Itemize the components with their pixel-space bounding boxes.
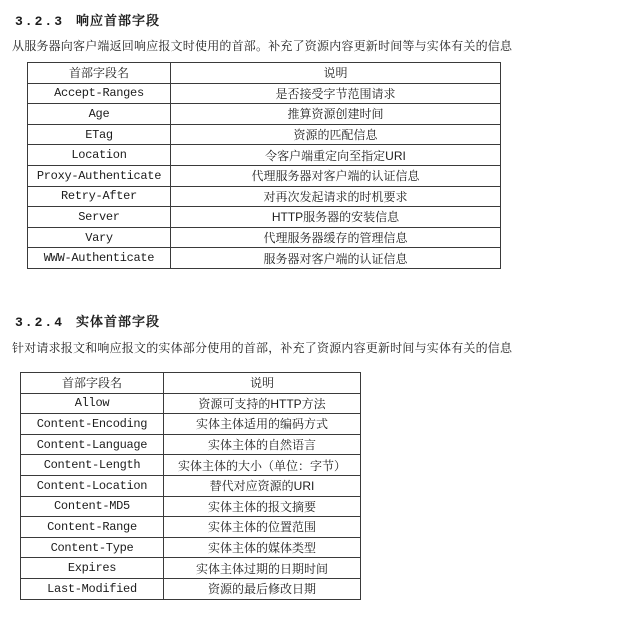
table-row: WWW-Authenticate服务器对客户端的认证信息 [28,248,501,269]
table-row: Content-Type实体主体的媒体类型 [21,537,361,558]
description-cell: 对再次发起请求的时机要求 [171,186,501,207]
field-name-cell: Content-Location [21,475,164,496]
field-name-cell: Proxy-Authenticate [28,165,171,186]
table-row: Content-Length实体主体的大小（单位：字节） [21,455,361,476]
entity-headers-table: 首部字段名说明Allow资源可支持的HTTP方法Content-Encoding… [20,372,361,600]
table-header-cell: 说明 [164,373,361,394]
field-name-cell: WWW-Authenticate [28,248,171,269]
field-name-cell: ETag [28,124,171,145]
table-row: Expires实体主体过期的日期时间 [21,558,361,579]
description-cell: 资源的匹配信息 [171,124,501,145]
description-cell: 资源可支持的HTTP方法 [164,393,361,414]
description-cell: 实体主体的自然语言 [164,434,361,455]
section-heading-response: 3.2.3响应首部字段 [15,10,160,29]
field-name-cell: Location [28,145,171,166]
description-cell: 实体主体的媒体类型 [164,537,361,558]
table-header-row: 首部字段名说明 [28,63,501,84]
table-row: Content-Encoding实体主体适用的编码方式 [21,414,361,435]
description-cell: 实体主体适用的编码方式 [164,414,361,435]
field-name-cell: Server [28,207,171,228]
field-name-cell: Accept-Ranges [28,83,171,104]
table-row: Content-Range实体主体的位置范围 [21,517,361,538]
table-row: ETag资源的匹配信息 [28,124,501,145]
description-cell: 实体主体过期的日期时间 [164,558,361,579]
table-row: Accept-Ranges是否接受字节范围请求 [28,83,501,104]
field-name-cell: Content-MD5 [21,496,164,517]
field-name-cell: Expires [21,558,164,579]
table-row: Vary代理服务器缓存的管理信息 [28,227,501,248]
description-cell: 实体主体的大小（单位：字节） [164,455,361,476]
table-row: Proxy-Authenticate代理服务器对客户端的认证信息 [28,165,501,186]
description-cell: 实体主体的报文摘要 [164,496,361,517]
description-cell: 代理服务器缓存的管理信息 [171,227,501,248]
field-name-cell: Age [28,104,171,125]
field-name-cell: Vary [28,227,171,248]
description-cell: 推算资源创建时间 [171,104,501,125]
section-title: 响应首部字段 [76,13,160,28]
table-row: Retry-After对再次发起请求的时机要求 [28,186,501,207]
field-name-cell: Content-Encoding [21,414,164,435]
section-number: 3.2.4 [15,315,64,330]
section-intro-response: 从服务器向客户端返回响应报文时使用的首部。补充了资源内容更新时间等与实体有关的信… [12,37,512,54]
table-row: Age推算资源创建时间 [28,104,501,125]
table-row: Content-Location替代对应资源的URI [21,475,361,496]
description-cell: 是否接受字节范围请求 [171,83,501,104]
description-cell: 服务器对客户端的认证信息 [171,248,501,269]
description-cell: 令客户端重定向至指定URI [171,145,501,166]
field-name-cell: Allow [21,393,164,414]
response-headers-table: 首部字段名说明Accept-Ranges是否接受字节范围请求Age推算资源创建时… [27,62,501,269]
table-row: Content-MD5实体主体的报文摘要 [21,496,361,517]
section-intro-entity: 针对请求报文和响应报文的实体部分使用的首部，补充了资源内容更新时间与实体有关的信… [12,339,512,356]
table-header-cell: 首部字段名 [21,373,164,394]
table-header-cell: 首部字段名 [28,63,171,84]
description-cell: 代理服务器对客户端的认证信息 [171,165,501,186]
description-cell: 替代对应资源的URI [164,475,361,496]
field-name-cell: Retry-After [28,186,171,207]
table-row: Location令客户端重定向至指定URI [28,145,501,166]
section-title: 实体首部字段 [76,314,160,329]
table-header-row: 首部字段名说明 [21,373,361,394]
table-row: Last-Modified资源的最后修改日期 [21,578,361,599]
document-page: { "sections": [ { "number": "3.2.3", "ti… [0,0,636,624]
table-header-cell: 说明 [171,63,501,84]
field-name-cell: Last-Modified [21,578,164,599]
description-cell: HTTP服务器的安装信息 [171,207,501,228]
description-cell: 资源的最后修改日期 [164,578,361,599]
table-row: Content-Language实体主体的自然语言 [21,434,361,455]
section-number: 3.2.3 [15,14,64,29]
field-name-cell: Content-Range [21,517,164,538]
description-cell: 实体主体的位置范围 [164,517,361,538]
table-row: ServerHTTP服务器的安装信息 [28,207,501,228]
field-name-cell: Content-Type [21,537,164,558]
section-heading-entity: 3.2.4实体首部字段 [15,311,160,330]
table-row: Allow资源可支持的HTTP方法 [21,393,361,414]
field-name-cell: Content-Language [21,434,164,455]
field-name-cell: Content-Length [21,455,164,476]
